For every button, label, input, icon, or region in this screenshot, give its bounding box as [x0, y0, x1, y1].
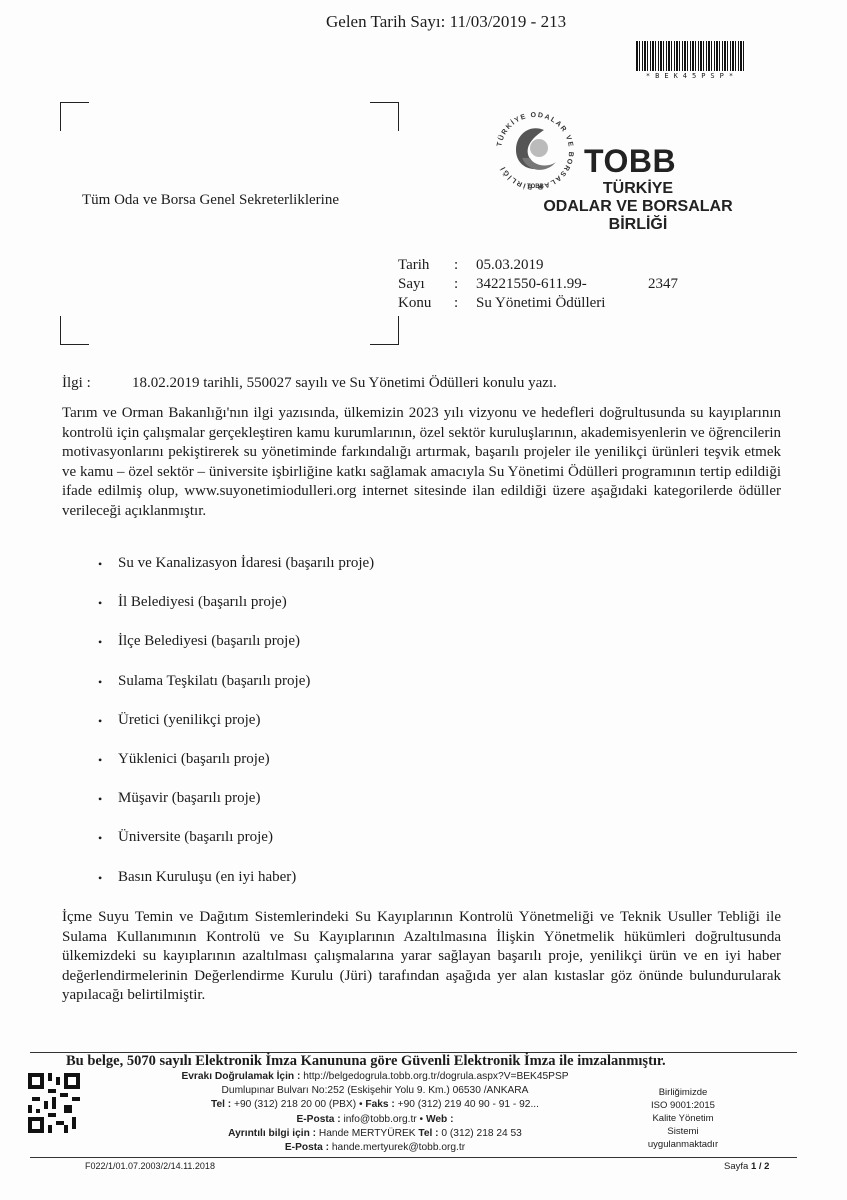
meta-value: Su Yönetimi Ödülleri: [476, 294, 605, 313]
address-window-corner: [60, 102, 89, 131]
esignature-notice: Bu belge, 5070 sayılı Elektronik İmza Ka…: [66, 1053, 666, 1070]
meta-label: Konu: [398, 294, 454, 313]
contact-line: Ayrıntılı bilgi için : Hande MERTYÜREK T…: [150, 1127, 600, 1141]
address-window-corner: [60, 316, 89, 345]
meta-value: 34221550-611.99-: [476, 275, 587, 294]
barcode-icon: [636, 41, 746, 71]
category-label: Üniversite (başarılı proje): [118, 829, 273, 846]
category-label: Müşavir (başarılı proje): [118, 790, 260, 807]
bullet-icon: •: [98, 673, 118, 692]
email-link[interactable]: info@tobb.org.tr: [343, 1114, 416, 1125]
bullet-icon: •: [98, 594, 118, 613]
bullet-icon: •: [98, 633, 118, 652]
contact-email-link[interactable]: hande.mertyurek@tobb.org.tr: [332, 1142, 465, 1153]
category-label: Üretici (yenilikçi proje): [118, 712, 260, 729]
iso-line: Birliğimizde: [628, 1086, 738, 1099]
meta-colon: :: [454, 294, 476, 313]
iso-line: Kalite Yönetim: [628, 1112, 738, 1125]
qr-code-icon[interactable]: [28, 1072, 80, 1134]
body-paragraph: İçme Suyu Temin ve Dağıtım Sistemlerinde…: [62, 908, 781, 1006]
iso-notice: Birliğimizde ISO 9001:2015 Kalite Yöneti…: [628, 1086, 738, 1151]
contact-name: Hande MERTYÜREK: [319, 1128, 416, 1139]
page-value: 1 / 2: [751, 1161, 770, 1172]
contact-label: Ayrıntılı bilgi için :: [228, 1128, 316, 1139]
contact-info: Evrakı Doğrulamak İçin : http://belgedog…: [150, 1070, 600, 1155]
contact-email-label: E-Posta :: [285, 1142, 329, 1153]
meta-date: Tarih : 05.03.2019: [398, 256, 605, 275]
verify-url-link[interactable]: http://belgedogrula.tobb.org.tr/dogrula.…: [303, 1071, 568, 1082]
contact-tel: 0 (312) 218 24 53: [441, 1128, 521, 1139]
reference-text: 18.02.2019 tarihli, 550027 sayılı ve Su …: [132, 375, 557, 392]
meta-label: Tarih: [398, 256, 454, 275]
footer-divider: [30, 1157, 797, 1158]
list-item: •İl Belediyesi (başarılı proje): [98, 594, 374, 633]
contact-tel-label: Tel :: [418, 1128, 438, 1139]
meta-number: Sayı : 34221550-611.99-: [398, 275, 605, 294]
category-label: Yüklenici (başarılı proje): [118, 751, 270, 768]
barcode-code: *BEK45PSP*: [632, 72, 752, 80]
brand-fullname: TÜRKİYE ODALAR VE BORSALAR BİRLİĞİ: [538, 180, 738, 234]
separator: •: [420, 1114, 424, 1125]
category-label: Sulama Teşkilatı (başarılı proje): [118, 673, 310, 690]
contact-email-line: E-Posta : hande.mertyurek@tobb.org.tr: [150, 1141, 600, 1155]
fax-value: +90 (312) 219 40 90 - 91 - 92...: [398, 1099, 539, 1110]
address-window-corner: [370, 102, 399, 131]
list-item: •İlçe Belediyesi (başarılı proje): [98, 633, 374, 672]
meta-colon: :: [454, 275, 476, 294]
barcode: *BEK45PSP*: [632, 41, 752, 81]
tel-value: +90 (312) 218 20 00 (PBX): [234, 1099, 356, 1110]
document-meta: Tarih : 05.03.2019 Sayı : 34221550-611.9…: [398, 256, 605, 313]
body-paragraph: Tarım ve Orman Bakanlığı'nın ilgi yazısı…: [62, 404, 781, 521]
separator: •: [359, 1099, 363, 1110]
bullet-icon: •: [98, 712, 118, 731]
phone-line: Tel : +90 (312) 218 20 00 (PBX) • Faks :…: [150, 1098, 600, 1112]
iso-line: uygulanmaktadır: [628, 1138, 738, 1151]
meta-subject: Konu : Su Yönetimi Ödülleri: [398, 294, 605, 313]
list-item: •Müşavir (başarılı proje): [98, 790, 374, 829]
brand-line: TÜRKİYE: [538, 180, 738, 198]
brand-line: BİRLİĞİ: [538, 216, 738, 234]
list-item: •Sulama Teşkilatı (başarılı proje): [98, 673, 374, 712]
page-label: Sayfa: [724, 1161, 748, 1172]
iso-line: ISO 9001:2015: [628, 1099, 738, 1112]
list-item: •Üniversite (başarılı proje): [98, 829, 374, 868]
page-number: Sayfa 1 / 2: [724, 1161, 769, 1172]
incoming-date-stamp: Gelen Tarih Sayı: 11/03/2019 - 213: [326, 12, 566, 32]
category-label: Basın Kuruluşu (en iyi haber): [118, 869, 296, 886]
list-item: •Su ve Kanalizasyon İdaresi (başarılı pr…: [98, 555, 374, 594]
bullet-icon: •: [98, 869, 118, 888]
bullet-icon: •: [98, 555, 118, 574]
bullet-icon: •: [98, 790, 118, 809]
fax-label: Faks :: [365, 1099, 394, 1110]
list-item: •Yüklenici (başarılı proje): [98, 751, 374, 790]
list-item: •Üretici (yenilikçi proje): [98, 712, 374, 751]
brand-name: TOBB: [584, 143, 676, 180]
category-list: •Su ve Kanalizasyon İdaresi (başarılı pr…: [98, 555, 374, 908]
category-label: İl Belediyesi (başarılı proje): [118, 594, 287, 611]
web-label: Web :: [426, 1114, 454, 1125]
iso-line: Sistemi: [628, 1125, 738, 1138]
tel-label: Tel :: [211, 1099, 231, 1110]
verify-label: Evrakı Doğrulamak İçin :: [181, 1071, 300, 1082]
meta-label: Sayı: [398, 275, 454, 294]
category-label: Su ve Kanalizasyon İdaresi (başarılı pro…: [118, 555, 374, 572]
recipient: Tüm Oda ve Borsa Genel Sekreterliklerine: [82, 192, 339, 209]
email-line: E-Posta : info@tobb.org.tr • Web :: [150, 1113, 600, 1127]
meta-value: 05.03.2019: [476, 256, 544, 275]
list-item: •Basın Kuruluşu (en iyi haber): [98, 869, 374, 908]
brand-line: ODALAR VE BORSALAR: [538, 198, 738, 216]
meta-number-suffix: 2347: [648, 276, 678, 293]
bullet-icon: •: [98, 751, 118, 770]
email-label: E-Posta :: [296, 1114, 340, 1125]
reference: İlgi : 18.02.2019 tarihli, 550027 sayılı…: [62, 375, 557, 392]
meta-colon: :: [454, 256, 476, 275]
category-label: İlçe Belediyesi (başarılı proje): [118, 633, 300, 650]
reference-label: İlgi :: [62, 375, 132, 392]
address: Dumlupınar Bulvarı No:252 (Eskişehir Yol…: [150, 1084, 600, 1098]
address-window-corner: [370, 316, 399, 345]
form-code: F022/1/01.07.2003/2/14.11.2018: [85, 1161, 215, 1171]
verify-line: Evrakı Doğrulamak İçin : http://belgedog…: [150, 1070, 600, 1084]
bullet-icon: •: [98, 829, 118, 848]
